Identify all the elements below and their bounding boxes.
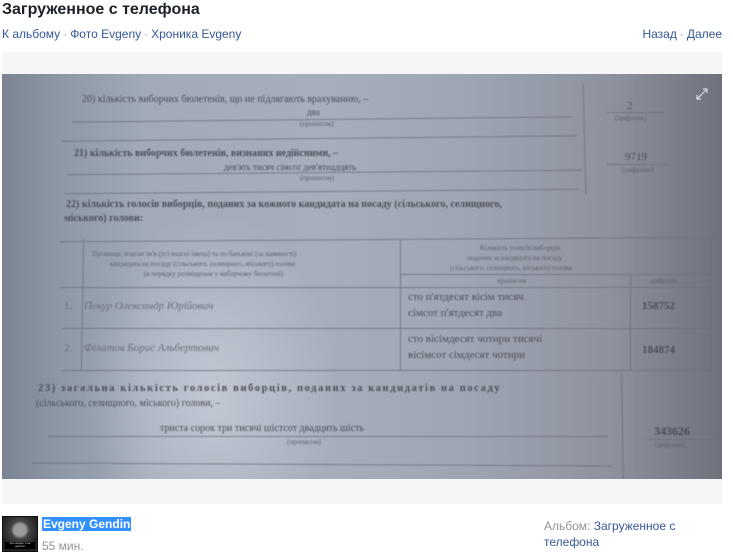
caption: (прописом): [300, 174, 334, 182]
underline: [647, 439, 717, 440]
table-border: [400, 274, 710, 275]
table-head-right-2: поданих за кандидата на посаду: [467, 254, 562, 262]
photos-link[interactable]: Фото Evgeny: [70, 27, 141, 41]
doc-line-23-number: 343626: [654, 424, 690, 439]
doc-line-21-number: 9719: [625, 151, 647, 163]
doc-line-21-label: 21) кількість виборчих бюлетенів, визнан…: [74, 148, 338, 159]
caption: (прописом): [287, 438, 321, 446]
doc-line-21-words: дев'ять тисяч сімсот дев'ятнадцять: [224, 162, 356, 172]
underline: [48, 436, 608, 437]
underline: [62, 135, 577, 141]
table-head-right-3: (сільського, селищного, міського) голови: [450, 264, 572, 272]
author-name-link[interactable]: Evgeny Gendin: [42, 517, 131, 531]
doc-line-20-words: два: [307, 107, 320, 117]
caption: (прописом): [300, 120, 334, 128]
back-to-album-link[interactable]: К альбому: [2, 27, 60, 41]
table-border: [710, 238, 711, 370]
doc-line-22-label: 22) кількість голосів виборців, поданих …: [66, 199, 502, 210]
divider: [583, 84, 587, 194]
table-head-left-1: Прізвище, власне ім'я (усі власні імена)…: [92, 250, 296, 258]
doc-line-22-label-2: міського) голови:: [64, 213, 143, 224]
breadcrumb: К альбому·Фото Evgeny·Хроника Evgeny: [2, 27, 241, 41]
album-label: Альбом:: [544, 519, 590, 533]
table-border: [62, 328, 710, 329]
page-title: Загруженное с телефона: [2, 1, 200, 19]
post-timestamp[interactable]: 55 мин.: [42, 539, 84, 553]
doc-line-20-label: 20) кількість виборчих бюлетенів, що не …: [82, 94, 368, 105]
next-photo-link[interactable]: Далее: [687, 27, 722, 41]
table-head-words: прописом: [497, 277, 526, 285]
table-border: [60, 237, 715, 243]
table-head-left-3: (в порядку розміщення у виборчому бюлете…: [144, 270, 283, 278]
underline: [607, 112, 665, 113]
separator: ·: [680, 27, 684, 41]
table-head-digits: цифрами: [650, 277, 677, 285]
table-border: [400, 240, 401, 370]
table-row-2-n: 2.: [64, 342, 72, 354]
table-border: [62, 370, 710, 371]
divider: [621, 374, 624, 479]
doc-line-20-number: 2: [627, 100, 633, 112]
album-info: Альбом: Загруженное с телефона: [544, 518, 694, 550]
separator: ·: [63, 27, 67, 41]
doc-line-23-label: 23) загальна кількість голосів виборців,…: [38, 383, 501, 394]
timeline-link[interactable]: Хроника Evgeny: [151, 27, 241, 41]
table-row-2-name: Філатов Борис Альбертович: [84, 342, 219, 354]
underline: [32, 462, 612, 466]
table-border: [630, 274, 631, 370]
table-row-2-words-2: вісімсот сімдесят чотири: [408, 349, 525, 361]
caption: (цифрами): [622, 166, 653, 174]
table-row-2-words-1: сто вісімдесят чотири тисячі: [408, 333, 542, 345]
caption: (цифрами): [615, 114, 646, 122]
table-row-1-number: 158752: [642, 300, 675, 312]
table-row-1-n: 1.: [64, 300, 72, 312]
table-row-1-words-2: сімсот п'ятдесят два: [408, 307, 502, 319]
photo-nav: Назад·Далее: [642, 27, 722, 41]
prev-photo-link[interactable]: Назад: [642, 27, 676, 41]
photo-stage: 20) кількість виборчих бюлетенів, що не …: [2, 52, 722, 504]
separator: ·: [144, 27, 148, 41]
doc-line-23-label-2: (сільського, селищного, міського) голови…: [36, 398, 220, 409]
underline: [64, 189, 579, 194]
underline: [607, 164, 669, 165]
doc-line-23-words: триста сорок три тисячі шістсот двадцять…: [160, 423, 364, 434]
protocol-document: 20) кількість виборчих бюлетенів, що не …: [2, 74, 722, 479]
table-head-left-2: кандидата на посаду (сільського, селищно…: [110, 260, 295, 268]
table-border: [60, 287, 710, 288]
avatar-caption: Это видео я не удалил: [5, 542, 35, 549]
table-row-1-words-1: сто п'ятдесят вісім тисяч: [408, 291, 524, 303]
photo[interactable]: 20) кількість виборчих бюлетенів, що не …: [2, 74, 722, 479]
table-row-1-name: Пєкур Олександр Юрійович: [84, 300, 213, 312]
table-head-right-1: Кількість голосів виборців,: [480, 244, 562, 252]
expand-arrows-icon[interactable]: [696, 88, 708, 100]
table-row-2-number: 184874: [642, 344, 675, 356]
avatar[interactable]: Это видео я не удалил: [2, 516, 38, 552]
caption: (цифрами): [654, 441, 685, 449]
